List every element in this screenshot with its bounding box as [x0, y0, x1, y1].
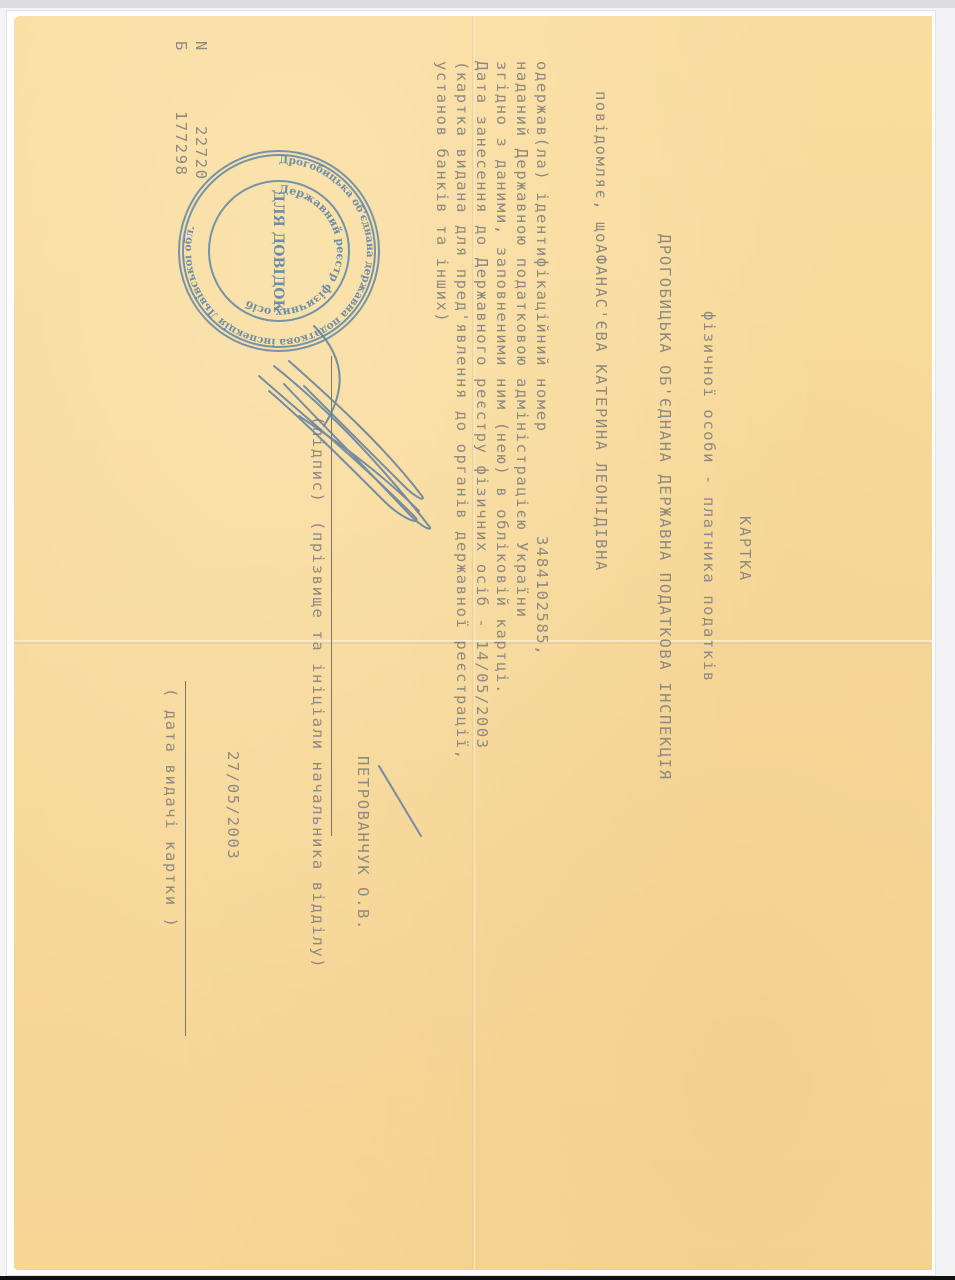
body-line-5: (картка видана для пред'явлення до орган… [453, 61, 471, 761]
issue-date-rule [185, 681, 186, 1036]
viewer-bottom-bar [0, 1276, 955, 1280]
body-line-4: Дата занесення до Державного реєстру фіз… [473, 61, 491, 750]
initials-mark-icon [369, 761, 429, 841]
rotated-document-content: КАРТКА фізичної особи - платника податкі… [14, 16, 932, 1270]
document-subtitle: фізичної особи - платника податків [700, 311, 718, 683]
issue-date: 27/05/2003 [224, 751, 242, 860]
notice-prefix: повідомляє, що [592, 91, 610, 244]
body-line-6: установ банків та інших) [433, 61, 451, 323]
series-label: Б [172, 41, 190, 52]
body-line-2: наданий Державною податковою адміністрац… [513, 61, 531, 619]
signature-scribble-icon [244, 306, 444, 536]
issuer-name: ДРОГОБИЦЬКА ОБ'ЄДНАНА ДЕРЖАВНА ПОДАТКОВА… [656, 234, 674, 781]
body-line-1: одержав(ла) ідентифікаційний номер [533, 61, 551, 433]
identification-number: 3484102585, [533, 536, 551, 656]
serial-number-label: N [192, 41, 210, 52]
tax-card-scan: КАРТКА фізичної особи - платника податкі… [14, 16, 932, 1270]
issue-date-caption: ( дата видачі картки ) [162, 688, 180, 929]
head-caption: (прізвище та ініціали начальника відділу… [309, 521, 327, 969]
document-title: КАРТКА [736, 516, 754, 582]
svg-text:ДЛЯ ДОВІДОК: ДЛЯ ДОВІДОК [270, 190, 286, 313]
viewer-top-bar [0, 0, 955, 8]
body-line-3: згідно з даними, заповненими ним (нею) в… [493, 61, 511, 695]
taxpayer-name: АФАНАС'ЄВА КАТЕРИНА ЛЕОНІДІВНА [592, 244, 610, 572]
